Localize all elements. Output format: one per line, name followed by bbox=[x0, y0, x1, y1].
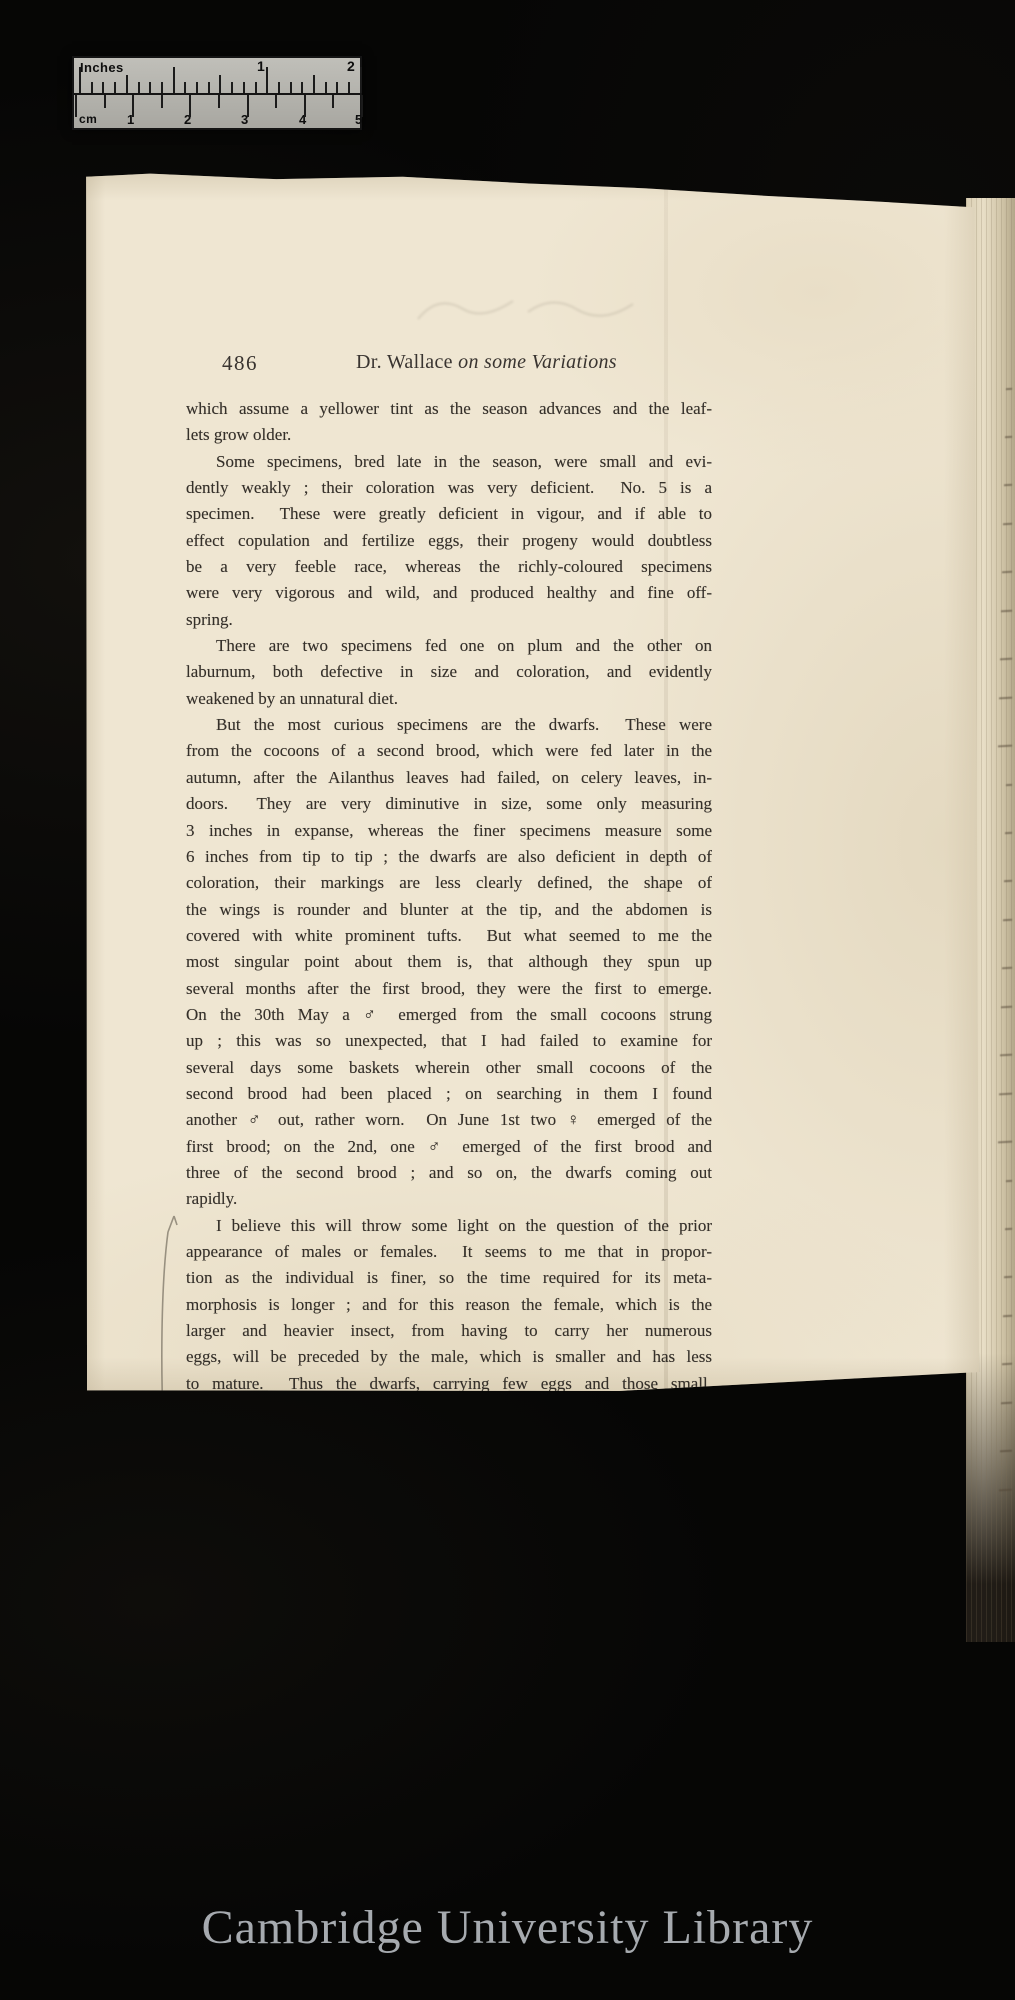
text-line: suggested to me by the observations made… bbox=[186, 1450, 712, 1476]
text-line: rapidly. bbox=[186, 1186, 712, 1212]
adjacent-page-text bbox=[1004, 1276, 1012, 1279]
adjacent-page-text bbox=[1001, 610, 1012, 613]
adjacent-page-text bbox=[1004, 880, 1012, 883]
text-line: several days some baskets wherein other … bbox=[186, 1055, 712, 1081]
adjacent-page-text bbox=[998, 745, 1012, 748]
text-line: morphosis is longer ; and for this reaso… bbox=[186, 1292, 712, 1318]
text-line: 3 inches in expanse, whereas the finer s… bbox=[186, 818, 712, 844]
scan-background: { "colors":{"paper":"#efe6d2","ink":"#35… bbox=[0, 0, 1015, 2000]
text-line: laburnum, both defective in size and col… bbox=[186, 659, 712, 685]
text-line: which assume a yellower tint as the seas… bbox=[186, 396, 712, 422]
adjacent-page-text bbox=[1006, 388, 1012, 391]
text-line: first brood; on the 2nd, one ♂ emerged o… bbox=[186, 1134, 712, 1160]
text-line: and also on B. Yamamai, it will follow t… bbox=[186, 1476, 712, 1502]
book-page: 486 Dr. Wallace on some Variations which… bbox=[78, 170, 980, 1394]
text-line: required less time for their metamorphos… bbox=[186, 1397, 712, 1423]
text-line: doors. They are very diminutive in size,… bbox=[186, 791, 712, 817]
adjacent-page-text bbox=[1006, 784, 1012, 787]
text-line: second brood had been placed ; on search… bbox=[186, 1081, 712, 1107]
adjacent-page-text bbox=[1001, 1402, 1012, 1405]
text-segment: suggested to me by the observations made… bbox=[186, 1453, 584, 1472]
text-segment: and also on bbox=[186, 1479, 289, 1498]
text-line: Some specimens, bred late in the season,… bbox=[186, 449, 712, 475]
text-segment: , it will follow that, though we may as … bbox=[378, 1479, 712, 1498]
adjacent-page-text bbox=[999, 1489, 1012, 1492]
adjacent-page-text bbox=[1003, 1315, 1012, 1318]
running-title: Dr. Wallace on some Variations bbox=[356, 351, 617, 374]
adjacent-page-text bbox=[1002, 571, 1012, 574]
adjacent-page-text bbox=[1002, 967, 1012, 970]
adjacent-page-text bbox=[1000, 658, 1012, 661]
text-line: three of the second brood ; and so on, t… bbox=[186, 1160, 712, 1186]
pencil-inscription bbox=[408, 274, 648, 344]
cm-ticks bbox=[74, 95, 360, 128]
text-line: 6 inches from tip to tip ; the dwarfs ar… bbox=[186, 844, 712, 870]
text-line: up ; this was so unexpected, that I had … bbox=[186, 1028, 712, 1054]
adjacent-page-text bbox=[1004, 484, 1012, 487]
adjacent-page-text bbox=[998, 1141, 1012, 1144]
text-line: spring. bbox=[186, 607, 712, 633]
adjacent-page-text bbox=[999, 697, 1012, 700]
text-line: most singular point about them is, that … bbox=[186, 949, 712, 975]
library-watermark: Cambridge University Library bbox=[0, 1900, 1015, 1955]
adjacent-page-text bbox=[999, 1093, 1012, 1096]
text-line: covered with white prominent tufts. But … bbox=[186, 923, 712, 949]
text-line: But the most curious specimens are the d… bbox=[186, 712, 712, 738]
adjacent-page-text bbox=[1003, 523, 1012, 526]
text-line: were very vigorous and wild, and produce… bbox=[186, 580, 712, 606]
adjacent-page-text bbox=[1000, 1054, 1012, 1057]
text-line: larger and heavier insect, from having t… bbox=[186, 1318, 712, 1344]
adjacent-page-text bbox=[1003, 919, 1012, 922]
adjacent-page-text bbox=[1001, 1006, 1012, 1009]
text-line: coloration, their markings are less clea… bbox=[186, 870, 712, 896]
adjacent-page-text bbox=[1005, 832, 1012, 835]
adjacent-page-text bbox=[1005, 1228, 1012, 1231]
text-line: lets grow older. bbox=[186, 422, 712, 448]
text-line: to mature. Thus the dwarfs, carrying few… bbox=[186, 1371, 712, 1397]
text-line: appearance of males or females. It seems… bbox=[186, 1239, 712, 1265]
text-segment: , bbox=[708, 1453, 712, 1472]
scale-ruler: Inches 1 2 cm 1 2 3 4 5 bbox=[72, 56, 362, 130]
running-title-author: Dr. Wallace bbox=[356, 351, 458, 373]
text-line: be a very feeble race, whereas the richl… bbox=[186, 554, 712, 580]
adjacent-page-text bbox=[1006, 1180, 1012, 1183]
species-name-italic: Bombyx Cynthia bbox=[584, 1453, 708, 1472]
text-line: There are two specimens fed one on plum … bbox=[186, 633, 712, 659]
running-title-italic: on some Variations bbox=[458, 351, 617, 373]
text-line: I believe this will throw some light on … bbox=[186, 1213, 712, 1239]
text-line: the wings is rounder and blunter at the … bbox=[186, 897, 712, 923]
text-line: eggs, will be preceded by the male, whic… bbox=[186, 1344, 712, 1370]
text-line: tion as the individual is finer, so the … bbox=[186, 1265, 712, 1291]
text-line: from the cocoons of a second brood, whic… bbox=[186, 738, 712, 764]
ruler-inches-row: Inches 1 2 bbox=[74, 58, 360, 95]
species-name-italic: B. Yamamai bbox=[289, 1479, 378, 1498]
text-line: weakened by an unnatural diet. bbox=[186, 686, 712, 712]
inch-ticks bbox=[74, 58, 360, 93]
text-line: several months after the first brood, th… bbox=[186, 976, 712, 1002]
adjacent-page-text bbox=[1000, 1450, 1012, 1453]
pencil-margin-line bbox=[158, 1212, 186, 1492]
page-number: 486 bbox=[222, 351, 258, 376]
text-line: On the 30th May a ♂ emerged from the sma… bbox=[186, 1002, 712, 1028]
text-line: another ♂ out, rather worn. On June 1st … bbox=[186, 1107, 712, 1133]
adjacent-page-text bbox=[1002, 1363, 1012, 1366]
page-header: 486 Dr. Wallace on some Variations bbox=[186, 351, 712, 381]
text-line: dently weakly ; their coloration was ver… bbox=[186, 475, 712, 501]
text-block: which assume a yellower tint as the seas… bbox=[186, 396, 712, 1502]
text-line: autumn, after the Ailanthus leaves had f… bbox=[186, 765, 712, 791]
ruler-cm-row: cm 1 2 3 4 5 bbox=[74, 95, 360, 128]
text-line: specimen. These were greatly deficient i… bbox=[186, 501, 712, 527]
adjacent-page-text bbox=[1005, 436, 1012, 439]
text-line: effect copulation and fertilize eggs, th… bbox=[186, 528, 712, 554]
text-line: as their uncles and aunts. If this idea … bbox=[186, 1423, 712, 1449]
